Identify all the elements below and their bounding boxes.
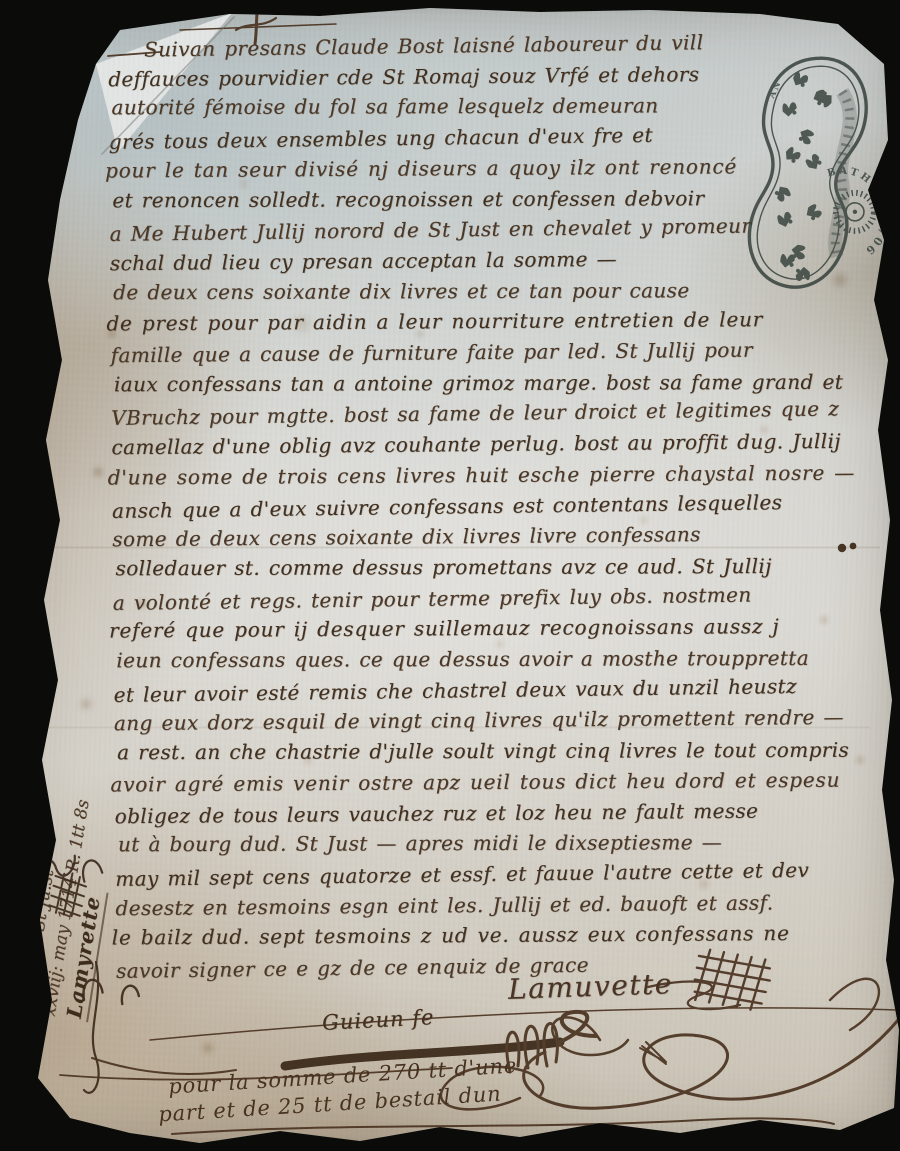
text-line: a rest. an che chastrie d'julle soult vi… [117,735,869,768]
clerk-signature: Guieun fe [321,1005,434,1035]
text-line: referé que pour ij desquer suillemauz re… [109,611,861,647]
text-line: pour le tan seur divisé nj diseurs a quo… [105,150,857,186]
svg-text:706: 706 [861,225,889,259]
text-line: avoir agré emis venir ostre apz ueil tou… [110,764,862,800]
photo-backdrop: Suivan presans Claude Bost laisné labour… [0,0,900,1151]
notary-signature: Lamuvette [507,967,673,1006]
bottom-underline [172,1118,834,1134]
manuscript-paper: Suivan presans Claude Bost laisné labour… [0,0,900,1151]
stamp-text-number: 706 [861,225,889,259]
foxing-stains [0,0,4,4]
text-line: obligez de tous leurs vauchez ruz et loz… [115,794,867,831]
text-line: famille que a cause de furniture faite p… [111,334,863,371]
manuscript-text-block: Suivan presans Claude Bost laisné labour… [108,27,868,985]
text-line: de deux cens soixante dix livres et ce t… [113,274,865,307]
text-line: de prest pour par aidin a leur nourritur… [106,304,858,340]
